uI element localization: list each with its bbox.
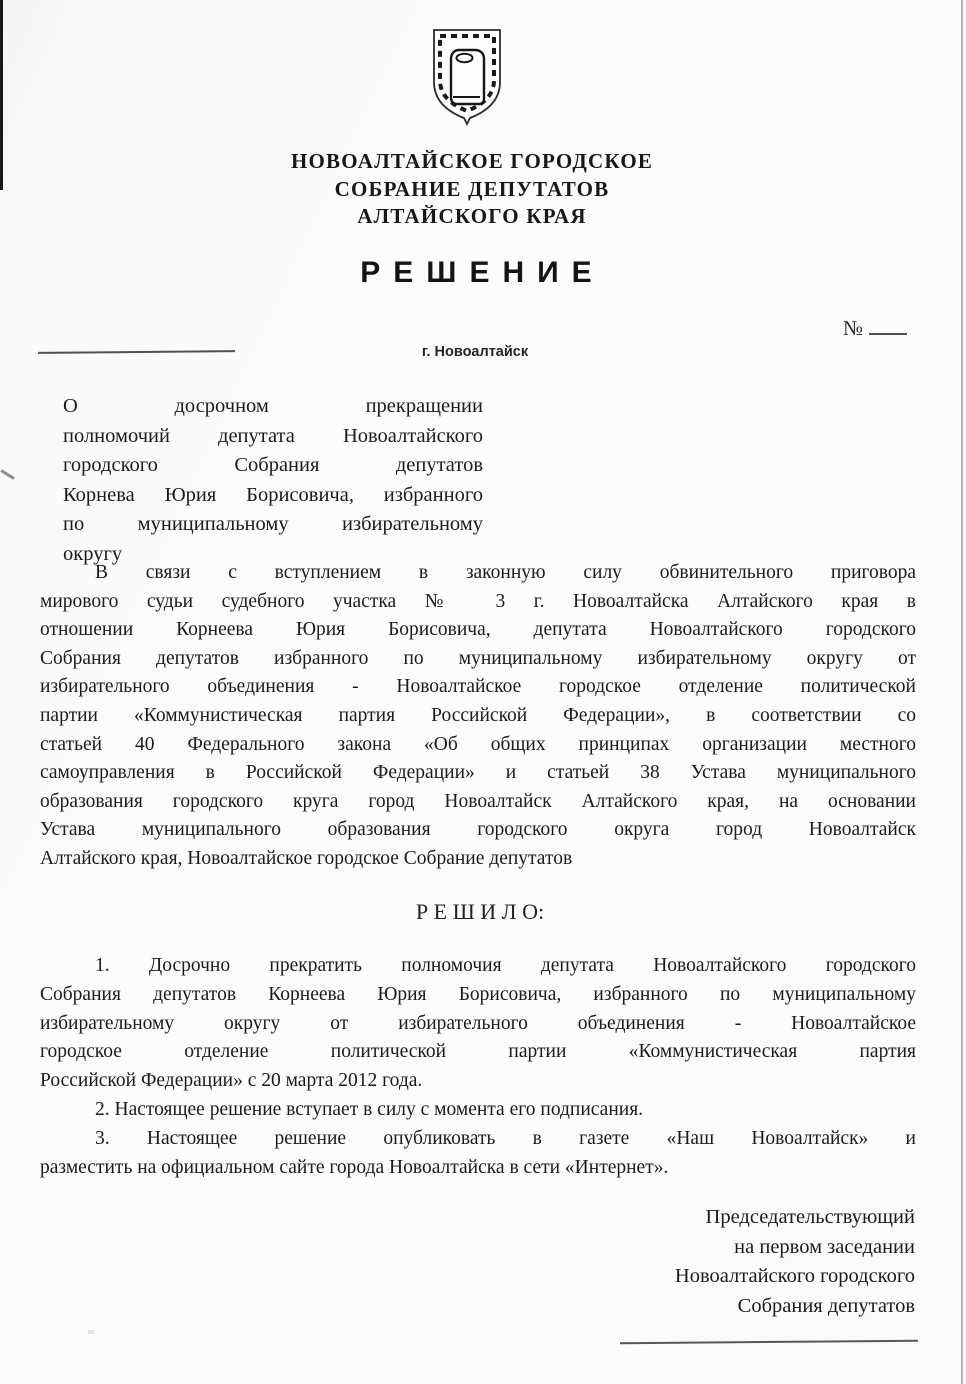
text-line: избирательного объединения - Новоалтайск…: [40, 673, 916, 702]
coat-of-arms-svg: [428, 26, 506, 126]
scan-speck: [0, 469, 14, 479]
number-blank-line: [869, 319, 907, 335]
subject-paragraph: О досрочном прекращенииполномочий депута…: [63, 392, 483, 569]
text-line: разместить на официальном сайте города Н…: [40, 1154, 916, 1183]
text-line: партии «Коммунистическая партия Российск…: [40, 702, 916, 731]
resolved-heading: Р Е Ш И Л О:: [0, 899, 960, 925]
organization-line-2: СОБРАНИЕ ДЕПУТАТОВ: [0, 176, 944, 204]
resolution-item-2: 2. Настоящее решение вступает в силу с м…: [40, 1096, 916, 1125]
text-line: Собрания депутатов: [495, 1292, 915, 1322]
text-line: статьей 40 Федерального закона «Об общих…: [40, 731, 916, 760]
organization-line-3: АЛТАЙСКОГО КРАЯ: [0, 203, 944, 231]
organization-name: НОВОАЛТАЙСКОЕ ГОРОДСКОЕ СОБРАНИЕ ДЕПУТАТ…: [0, 148, 944, 231]
text-line: полномочий депутата Новоалтайского: [63, 422, 483, 452]
text-line: самоуправления в Российской Федерации» и…: [40, 759, 916, 788]
text-line: 3. Настоящее решение опубликовать в газе…: [40, 1125, 916, 1154]
preamble-paragraph: В связи с вступлением в законную силу об…: [40, 559, 916, 874]
organization-line-1: НОВОАЛТАЙСКОЕ ГОРОДСКОЕ: [0, 148, 944, 176]
text-line: 2. Настоящее решение вступает в силу с м…: [40, 1096, 916, 1125]
document-number: №: [843, 316, 907, 341]
text-line: Собрания депутатов избранного по муницип…: [40, 645, 916, 674]
text-line: Российской Федерации» с 20 марта 2012 го…: [40, 1067, 916, 1096]
coat-of-arms-icon: [428, 26, 506, 126]
scan-speck: [88, 1330, 94, 1334]
text-line: по муниципальному избирательному: [63, 510, 483, 540]
text-line: 1. Досрочно прекратить полномочия депута…: [40, 952, 916, 981]
resolution-item-1: 1. Досрочно прекратить полномочия депута…: [40, 952, 916, 1096]
number-label: №: [843, 316, 863, 340]
text-line: Алтайского края, Новоалтайское городское…: [40, 845, 916, 874]
text-line: Собрания депутатов Корнеева Юрия Борисов…: [40, 981, 916, 1010]
resolution-items: 1. Досрочно прекратить полномочия депута…: [40, 952, 916, 1182]
text-line: О досрочном прекращении: [63, 392, 483, 422]
text-line: Председательствующий: [495, 1203, 915, 1233]
text-line: на первом заседании: [495, 1233, 915, 1263]
resolution-item-3: 3. Настоящее решение опубликовать в газе…: [40, 1125, 916, 1183]
text-line: Новоалтайского городского: [495, 1262, 915, 1292]
document-page: НОВОАЛТАЙСКОЕ ГОРОДСКОЕ СОБРАНИЕ ДЕПУТАТ…: [0, 0, 966, 1384]
text-line: городского Собрания депутатов: [63, 451, 483, 481]
text-line: городское отделение политической партии …: [40, 1038, 916, 1067]
signature-blank-line: [620, 1340, 918, 1345]
text-line: Корнева Юрия Борисовича, избранного: [63, 481, 483, 511]
document-title: РЕШЕНИЕ: [0, 256, 952, 290]
text-line: Устава муниципального образования городс…: [40, 816, 916, 845]
text-line: мирового судьи судебного участка № 3 г. …: [40, 588, 916, 617]
signature-block: Председательствующийна первом заседанииН…: [495, 1203, 915, 1321]
text-line: отношении Корнеева Юрия Борисовича, депу…: [40, 616, 916, 645]
text-line: В связи с вступлением в законную силу об…: [40, 559, 916, 588]
text-line: образования городского круга город Новоа…: [40, 788, 916, 817]
text-line: избирательному округу от избирательного …: [40, 1010, 916, 1039]
scan-edge-artifact-right: [961, 0, 963, 1384]
place-name: г. Новоалтайск: [0, 344, 950, 360]
